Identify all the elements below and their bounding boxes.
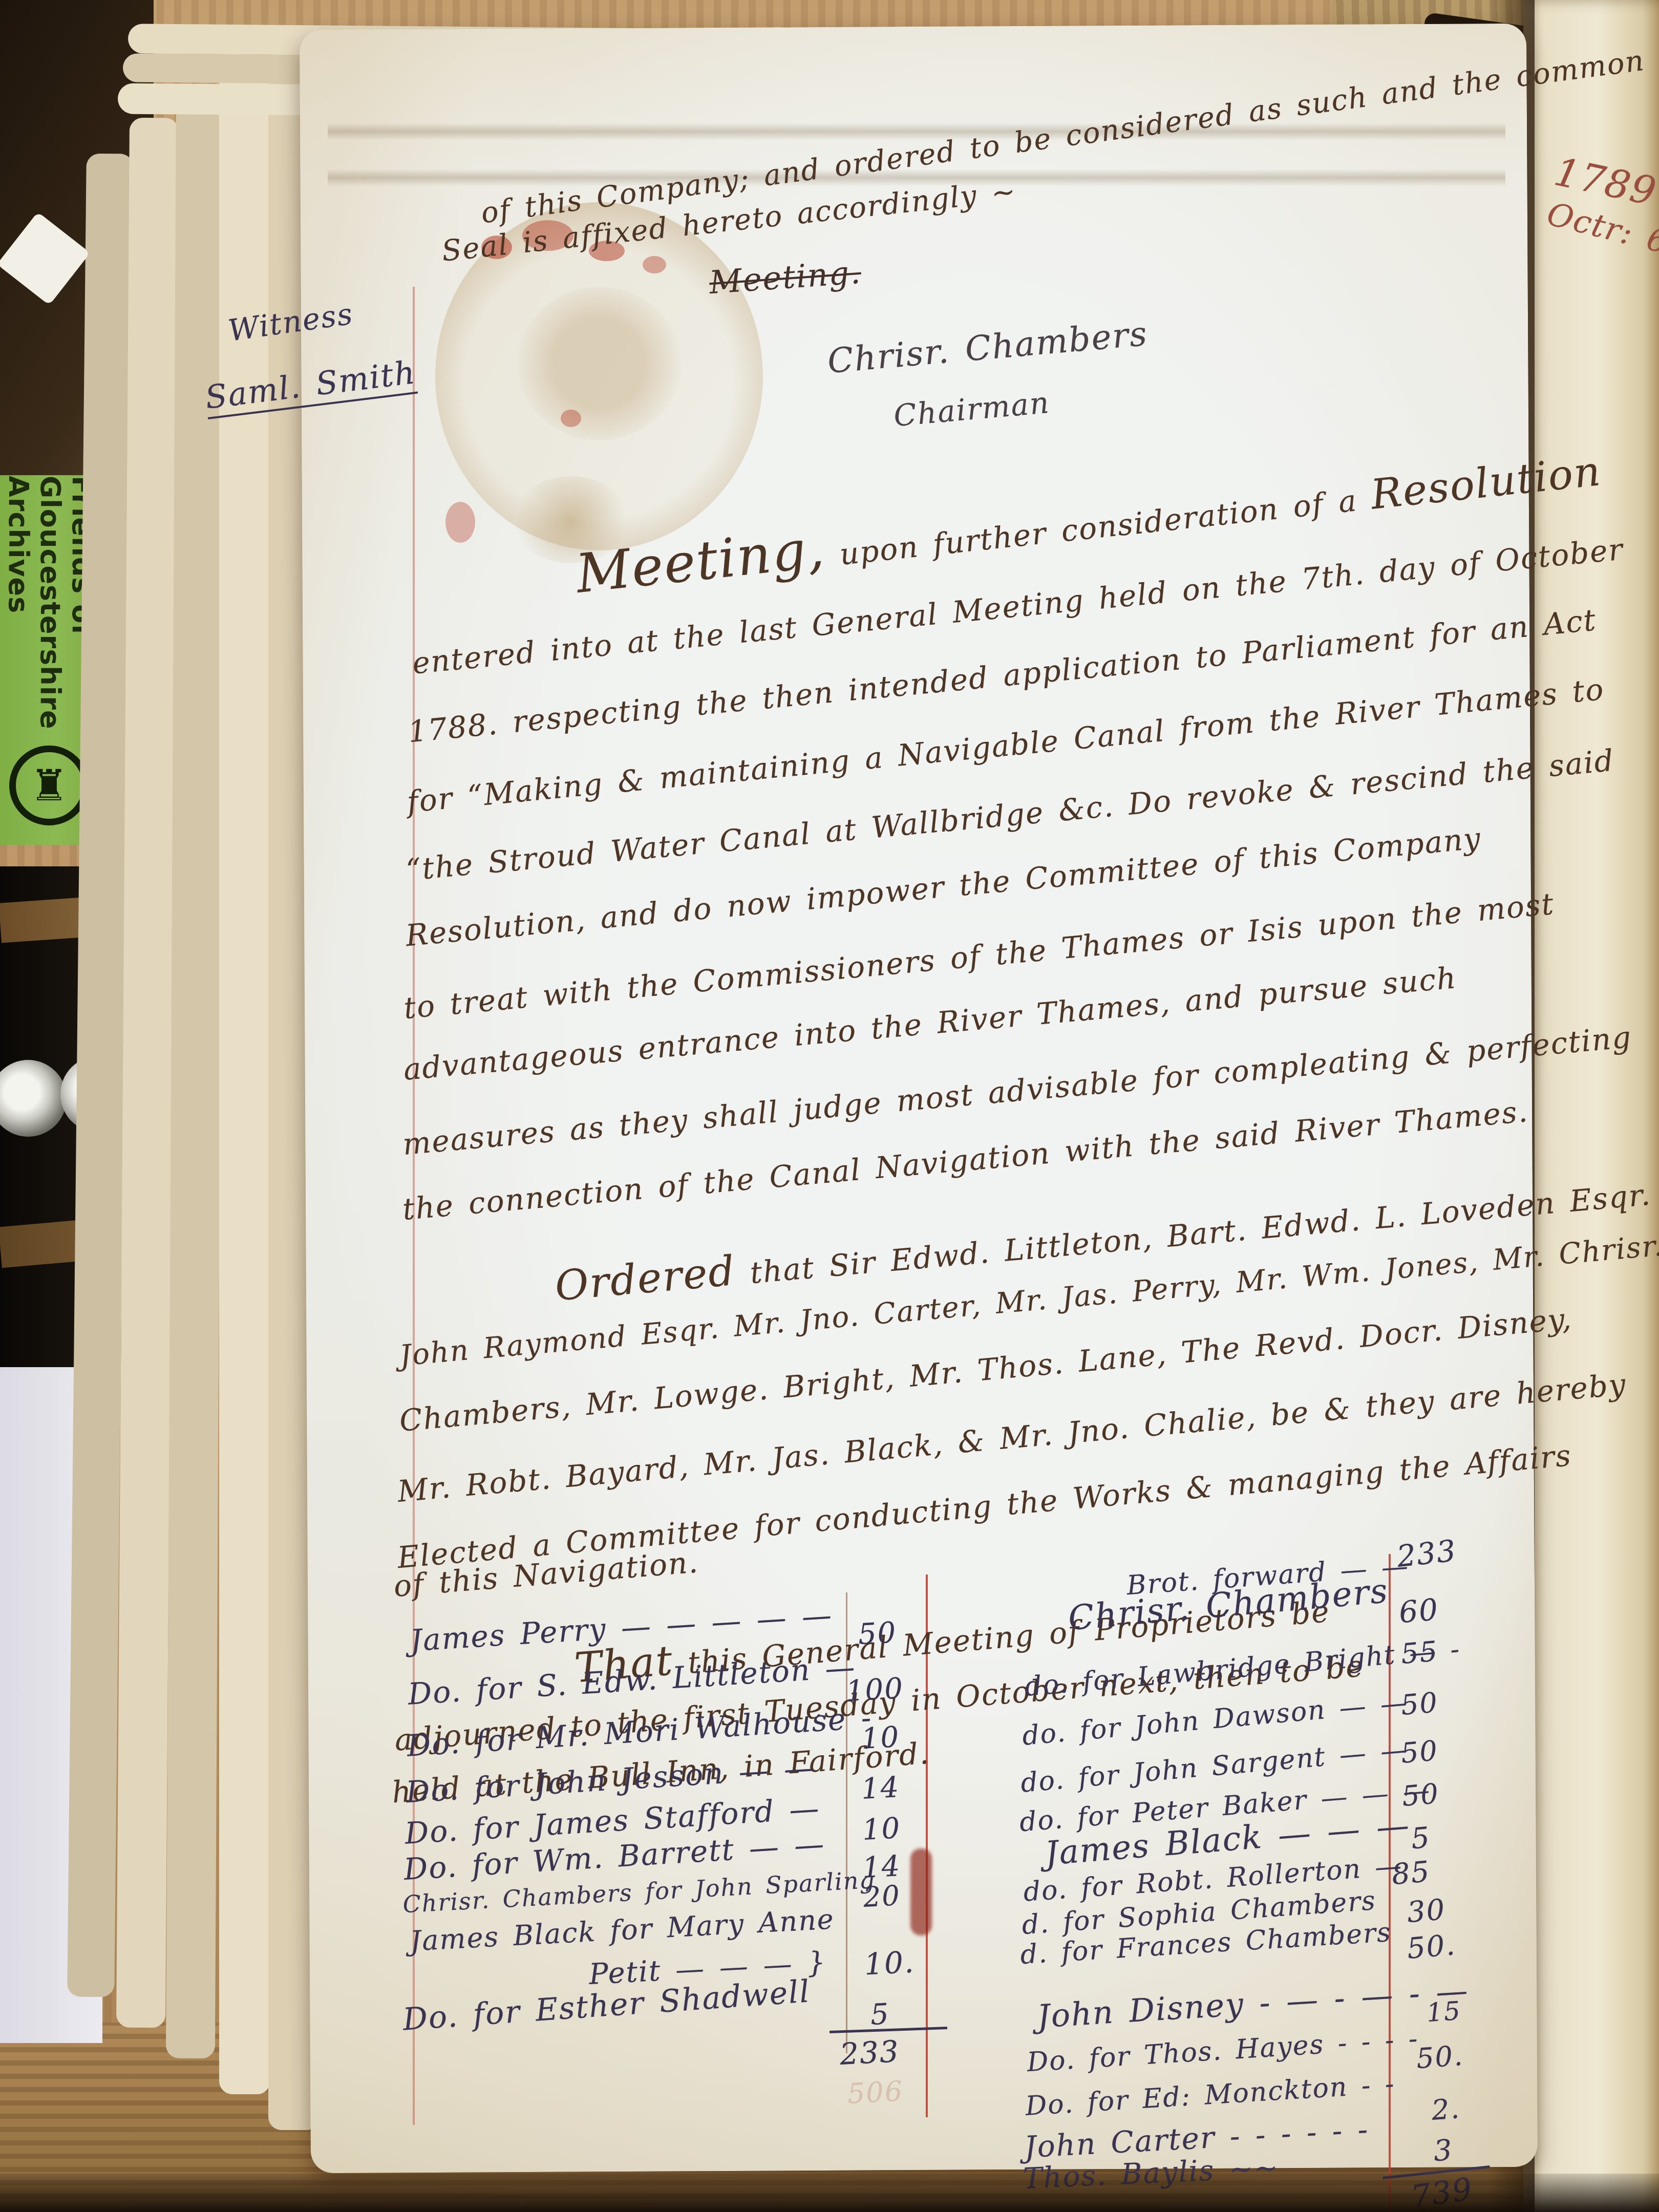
ledger-left-value-6: 20	[862, 1879, 901, 1913]
ledger-right-value-10: 50.	[1415, 2039, 1464, 2075]
ledger-left-value-3: 14	[860, 1771, 901, 1806]
ledger-right-value-2: 50	[1399, 1686, 1439, 1721]
ledger-left-value-9: 5	[869, 1997, 890, 2032]
ledger-right-value-12: 3	[1433, 2134, 1454, 2168]
red-ink-blotch	[910, 1848, 932, 1936]
ledger-right-value-1: 55	[1399, 1635, 1439, 1670]
ledger-right-value-9: 15	[1426, 1996, 1462, 2028]
brought-forward-value: 233	[1395, 1533, 1458, 1574]
seal-stain-core	[517, 287, 681, 440]
photo-of-minute-book: Friends of Gloucestershire Archives ♜ 17…	[0, 0, 1659, 2212]
facing-page-edge	[1523, 0, 1659, 2212]
ledger-left-ghost-total: 506	[846, 2075, 904, 2110]
ledger-right-value-3: 50	[1399, 1734, 1439, 1770]
castle-seal-icon: ♜	[9, 746, 89, 825]
ledger-left-value-8: 10.	[863, 1944, 916, 1982]
bottom-table-shadow	[0, 2174, 1659, 2212]
ledger-left-total: 233	[839, 2034, 900, 2072]
ledger-right-value-0: 60	[1397, 1592, 1440, 1630]
ledger-left-value-4: 10	[861, 1812, 902, 1847]
ledger-right-value-7: 30	[1406, 1893, 1447, 1929]
wax-speck	[561, 410, 581, 427]
ledger-left-value-0: 50	[857, 1616, 898, 1651]
ledger-right-value-8: 50.	[1406, 1928, 1457, 1966]
page-crease	[328, 123, 1505, 140]
wax-speck	[445, 502, 475, 543]
ledger-left-value-2: 10	[860, 1720, 901, 1756]
ledger-right-value-5: 5	[1410, 1821, 1432, 1856]
ledger-right-value-6: 85	[1390, 1855, 1432, 1891]
ledger-right-value-11: 2.	[1431, 2092, 1461, 2126]
wax-speck	[643, 256, 666, 273]
